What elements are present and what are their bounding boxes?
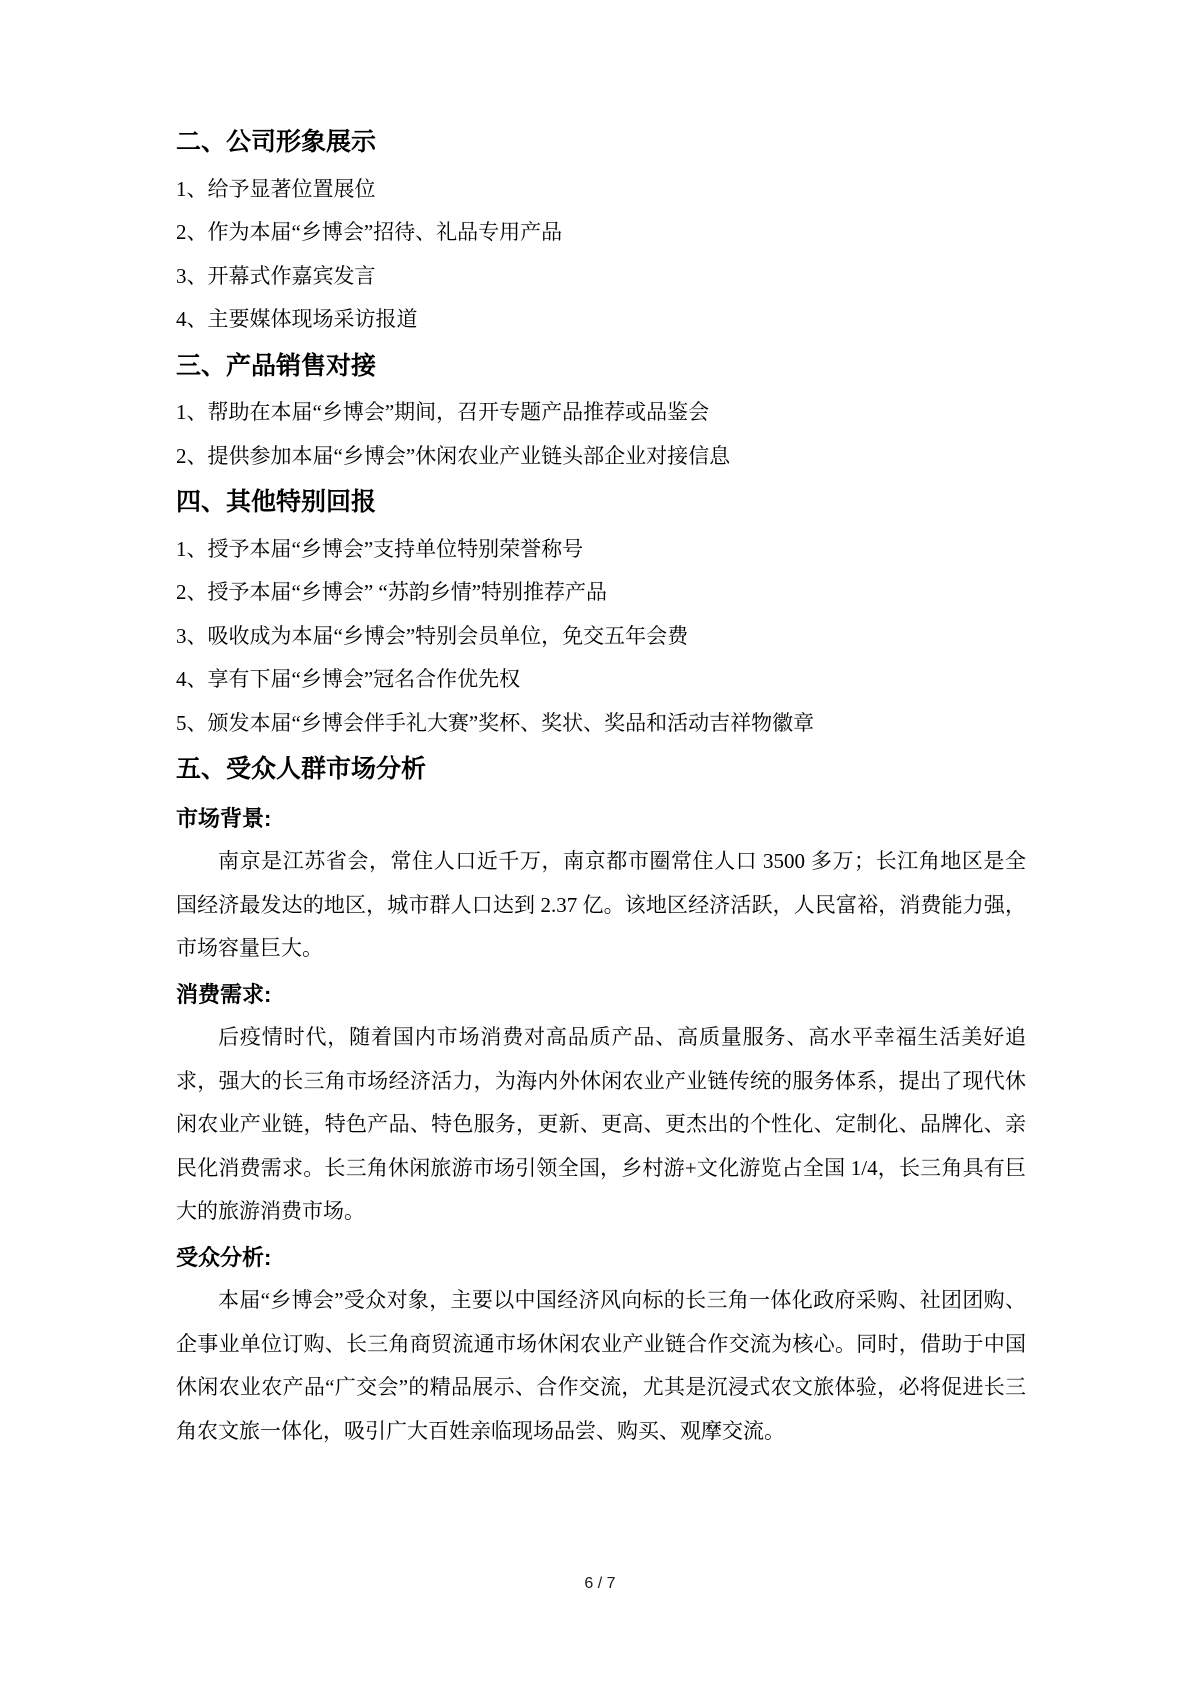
list-item: 5、颁发本届“乡博会伴手礼大赛”奖杯、奖状、奖品和活动吉祥物徽章 [176,702,1026,746]
section-heading-special-returns: 四、其他特别回报 [176,478,1026,528]
list-item: 4、主要媒体现场采访报道 [176,298,1026,342]
section-heading-company-image: 二、公司形象展示 [176,118,1026,168]
section-heading-product-sales: 三、产品销售对接 [176,342,1026,392]
list-item: 1、给予显著位置展位 [176,168,1026,212]
paragraph-consumer-demand: 后疫情时代，随着国内市场消费对高品质产品、高质量服务、高水平幸福生活美好追求，强… [176,1016,1026,1234]
list-item: 2、授予本届“乡博会” “苏韵乡情”特别推荐产品 [176,571,1026,615]
page-number: 6 / 7 [0,1575,1200,1593]
paragraph-market-background: 南京是江苏省会，常住人口近千万，南京都市圈常住人口 3500 多万；长江角地区是… [176,840,1026,971]
sub-label-market-background: 市场背景: [176,797,1026,841]
sub-label-audience: 受众分析: [176,1236,1026,1280]
section-heading-audience-analysis: 五、受众人群市场分析 [176,745,1026,795]
list-item: 2、作为本届“乡博会”招待、礼品专用产品 [176,211,1026,255]
document-content: 二、公司形象展示 1、给予显著位置展位 2、作为本届“乡博会”招待、礼品专用产品… [176,118,1026,1453]
document-page: 二、公司形象展示 1、给予显著位置展位 2、作为本届“乡博会”招待、礼品专用产品… [0,0,1200,1697]
list-item: 1、帮助在本届“乡博会”期间，召开专题产品推荐或品鉴会 [176,391,1026,435]
list-item: 2、提供参加本届“乡博会”休闲农业产业链头部企业对接信息 [176,435,1026,479]
paragraph-audience: 本届“乡博会”受众对象，主要以中国经济风向标的长三角一体化政府采购、社团团购、企… [176,1279,1026,1453]
sub-label-consumer-demand: 消费需求: [176,973,1026,1017]
list-item: 1、授予本届“乡博会”支持单位特别荣誉称号 [176,528,1026,572]
list-item: 3、开幕式作嘉宾发言 [176,255,1026,299]
list-item: 4、享有下届“乡博会”冠名合作优先权 [176,658,1026,702]
list-item: 3、吸收成为本届“乡博会”特别会员单位，免交五年会费 [176,615,1026,659]
